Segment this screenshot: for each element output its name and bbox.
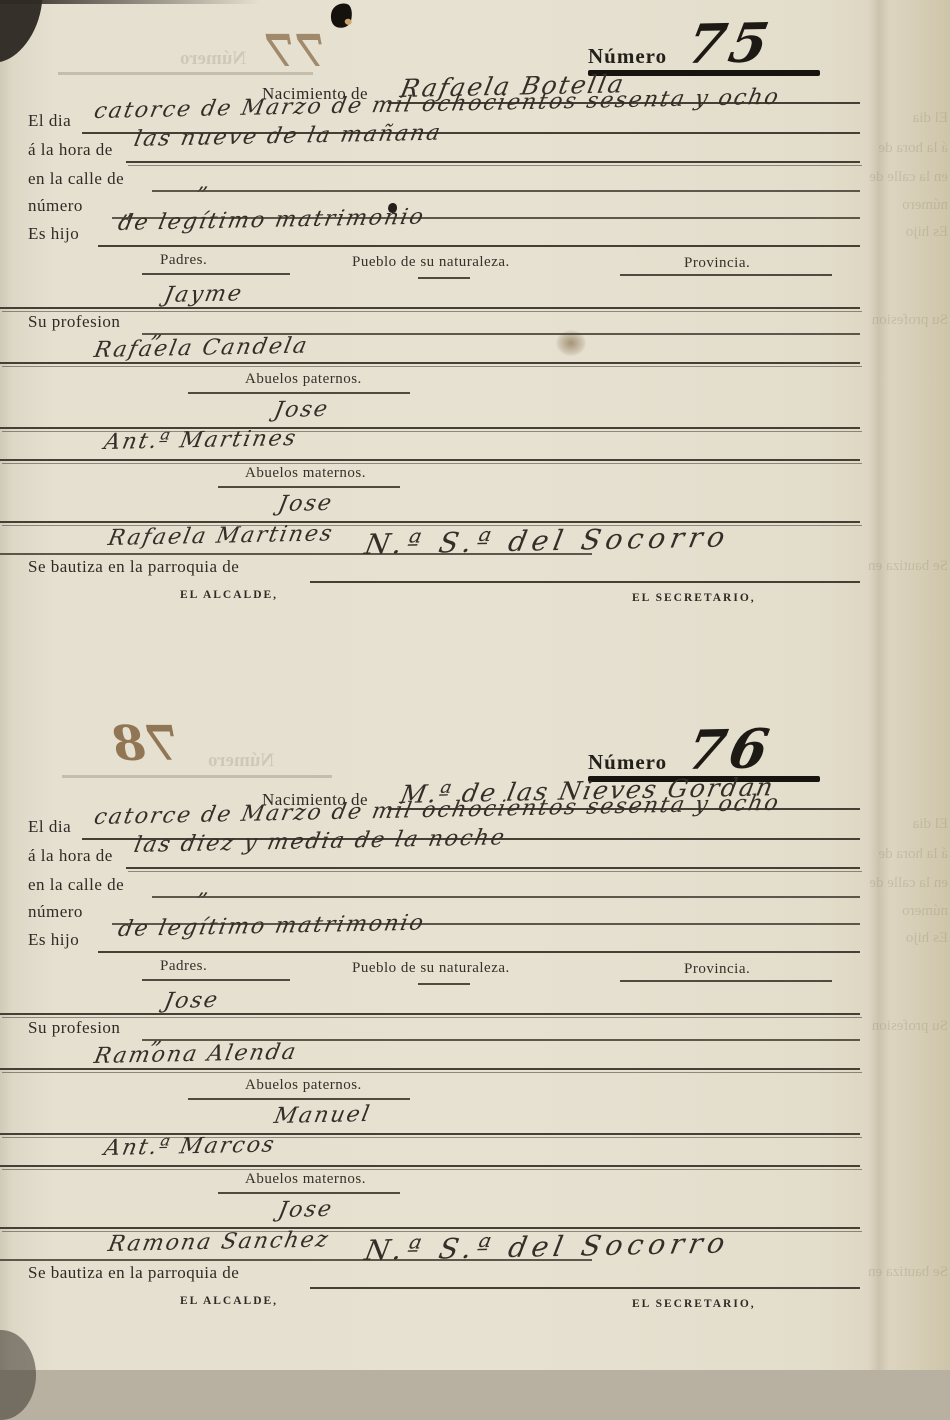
dia-label: El dia xyxy=(28,817,71,837)
field-rule xyxy=(98,951,860,953)
field-rule xyxy=(0,1068,860,1070)
bleedthrough-label: número xyxy=(864,903,948,920)
field-rule xyxy=(126,867,860,869)
abuela-materna-value: Ramona Sanchez xyxy=(106,1227,332,1257)
numero-label: Número xyxy=(588,44,667,69)
header-underline xyxy=(218,1192,400,1194)
hora-label: á la hora de xyxy=(28,846,113,866)
bautiza-label: Se bautiza en la parroquia de xyxy=(28,1263,239,1283)
pueblo-header: Pueblo de su naturaleza. xyxy=(352,254,510,271)
numero-casa-label: número xyxy=(28,902,83,922)
padres-header: Padres. xyxy=(160,958,207,975)
dia-label: El dia xyxy=(28,111,71,131)
calle-label: en la calle de xyxy=(28,169,124,189)
field-rule xyxy=(152,896,860,898)
alcalde-label: EL ALCALDE, xyxy=(180,1295,278,1307)
padre-value: Jose xyxy=(162,988,221,1014)
provincia-header: Provincia. xyxy=(684,255,750,272)
header-underline xyxy=(142,979,290,981)
profesion-label: Su profesion xyxy=(28,1018,120,1038)
bleedthrough-label: El dia xyxy=(864,816,948,833)
provincia-header: Provincia. xyxy=(684,961,750,978)
padre-value: Jayme xyxy=(162,281,245,308)
padres-header: Padres. xyxy=(160,252,207,269)
alcalde-label: EL ALCALDE, xyxy=(180,589,278,601)
birth-record-75: Número 75 Nacimiento de Rafaela Botella … xyxy=(0,0,950,640)
field-rule xyxy=(310,1287,860,1289)
hijo-value: de legítimo matrimonio xyxy=(116,911,427,942)
numero-label: Número xyxy=(588,750,667,775)
abuelo-materno-value: Jose xyxy=(276,491,335,517)
birth-record-76: Número 76 Nacimiento de M.ª de las Nieve… xyxy=(0,706,950,1346)
abuelos-maternos-header: Abuelos maternos. xyxy=(245,465,366,482)
bleedthrough-label: en la calle de xyxy=(864,169,948,186)
header-underline xyxy=(418,277,470,279)
field-rule xyxy=(0,459,860,461)
register-page: Número 77 Número 78 Número 75 Nacimiento… xyxy=(0,0,950,1370)
bleedthrough-label: á la hora de xyxy=(864,846,948,863)
field-rule xyxy=(310,581,860,583)
hijo-label: Es hijo xyxy=(28,930,79,950)
secretario-label: EL SECRETARIO, xyxy=(632,1298,756,1310)
hijo-label: Es hijo xyxy=(28,224,79,244)
parroquia-value: N.ª S.ª del Socorro xyxy=(362,1226,733,1267)
numero-value: 75 xyxy=(682,10,778,76)
abuelos-maternos-header: Abuelos maternos. xyxy=(245,1171,366,1188)
bleedthrough-label: Se bautiza en la xyxy=(864,1264,948,1281)
header-underline xyxy=(188,392,410,394)
pueblo-header: Pueblo de su naturaleza. xyxy=(352,960,510,977)
madre-value: Ramona Alenda xyxy=(92,1040,300,1069)
abuelos-paternos-header: Abuelos paternos. xyxy=(245,1077,362,1094)
abuelo-paterno-value: Manuel xyxy=(272,1102,373,1129)
bautiza-label: Se bautiza en la parroquia de xyxy=(28,557,239,577)
bleedthrough-label: Su profesion xyxy=(864,1018,948,1035)
hijo-value: de legítimo matrimonio xyxy=(116,205,427,236)
bleedthrough-label: Es hijo xyxy=(864,930,948,947)
abuelo-paterno-value: Jose xyxy=(272,397,331,423)
madre-value: Rafaela Candela xyxy=(92,334,311,363)
bleedthrough-label: á la hora de xyxy=(864,140,948,157)
header-underline xyxy=(418,983,470,985)
hora-value: las nueve de la mañana xyxy=(132,121,444,152)
field-rule xyxy=(98,245,860,247)
abuelo-materno-value: Jose xyxy=(276,1197,335,1223)
profesion-label: Su profesion xyxy=(28,312,120,332)
header-underline xyxy=(188,1098,410,1100)
abuela-paterna-value: Ant.ª Marcos xyxy=(102,1132,278,1161)
field-rule xyxy=(0,1013,860,1015)
field-rule xyxy=(0,362,860,364)
bleedthrough-label: Su profesion xyxy=(864,312,948,329)
bleedthrough-label: El dia xyxy=(864,110,948,127)
numero-casa-label: número xyxy=(28,196,83,216)
header-underline xyxy=(218,486,400,488)
field-rule xyxy=(0,1165,860,1167)
calle-label: en la calle de xyxy=(28,875,124,895)
abuelos-paternos-header: Abuelos paternos. xyxy=(245,371,362,388)
header-underline xyxy=(142,273,290,275)
abuela-paterna-value: Ant.ª Martines xyxy=(102,426,299,455)
hora-value: las diez y media de la noche xyxy=(132,825,508,858)
field-rule xyxy=(152,190,860,192)
abuela-materna-value: Rafaela Martines xyxy=(106,521,336,551)
bleedthrough-label: en la calle de xyxy=(864,875,948,892)
bleedthrough-label: Se bautiza en la xyxy=(864,558,948,575)
bleedthrough-label: número xyxy=(864,197,948,214)
bleedthrough-label: Es hijo xyxy=(864,224,948,241)
parroquia-value: N.ª S.ª del Socorro xyxy=(362,520,733,561)
header-underline xyxy=(620,274,832,276)
field-rule xyxy=(0,307,860,309)
header-underline xyxy=(620,980,832,982)
secretario-label: EL SECRETARIO, xyxy=(632,592,756,604)
field-rule xyxy=(126,161,860,163)
hora-label: á la hora de xyxy=(28,140,113,160)
